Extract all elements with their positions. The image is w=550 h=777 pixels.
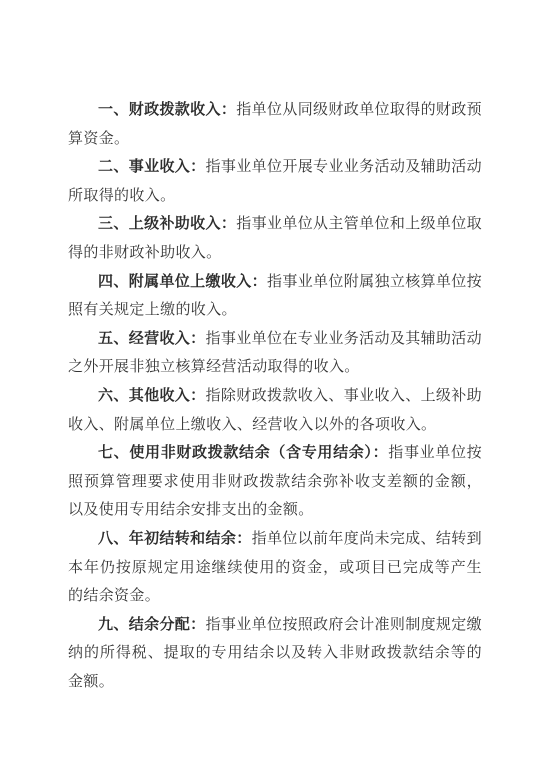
definition-paragraph: 二、事业收入：指事业单位开展专业业务活动及辅助活动所取得的收入。	[68, 153, 482, 210]
term-label: 九、结余分配：	[98, 617, 206, 633]
term-label: 三、上级补助收入：	[98, 216, 236, 232]
term-label: 六、其他收入：	[98, 388, 206, 404]
definition-paragraph: 八、年初结转和结余：指单位以前年度尚未完成、结转到本年仍按原规定用途继续使用的资…	[68, 525, 482, 611]
definition-paragraph: 九、结余分配：指事业单位按照政府会计准则制度规定缴纳的所得税、提取的专用结余以及…	[68, 611, 482, 697]
term-label: 八、年初结转和结余：	[98, 531, 252, 547]
document-body: 一、财政拨款收入：指单位从同级财政单位取得的财政预算资金。 二、事业收入：指事业…	[68, 96, 482, 696]
definition-paragraph: 六、其他收入：指除财政拨款收入、事业收入、上级补助收入、附属单位上缴收入、经营收…	[68, 382, 482, 439]
term-label: 七、使用非财政拨款结余（含专用结余）：	[98, 445, 388, 461]
definition-paragraph: 七、使用非财政拨款结余（含专用结余）：指事业单位按照预算管理要求使用非财政拨款结…	[68, 439, 482, 525]
definition-paragraph: 五、经营收入：指事业单位在专业业务活动及其辅助活动之外开展非独立核算经营活动取得…	[68, 325, 482, 382]
definition-paragraph: 四、附属单位上缴收入：指事业单位附属独立核算单位按照有关规定上缴的收入。	[68, 268, 482, 325]
term-label: 四、附属单位上缴收入：	[98, 274, 267, 290]
definition-paragraph: 一、财政拨款收入：指单位从同级财政单位取得的财政预算资金。	[68, 96, 482, 153]
term-label: 二、事业收入：	[98, 159, 206, 175]
definition-paragraph: 三、上级补助收入：指事业单位从主管单位和上级单位取得的非财政补助收入。	[68, 210, 482, 267]
document-page: 一、财政拨款收入：指单位从同级财政单位取得的财政预算资金。 二、事业收入：指事业…	[0, 0, 550, 777]
term-label: 一、财政拨款收入：	[98, 102, 236, 118]
term-label: 五、经营收入：	[98, 331, 206, 347]
